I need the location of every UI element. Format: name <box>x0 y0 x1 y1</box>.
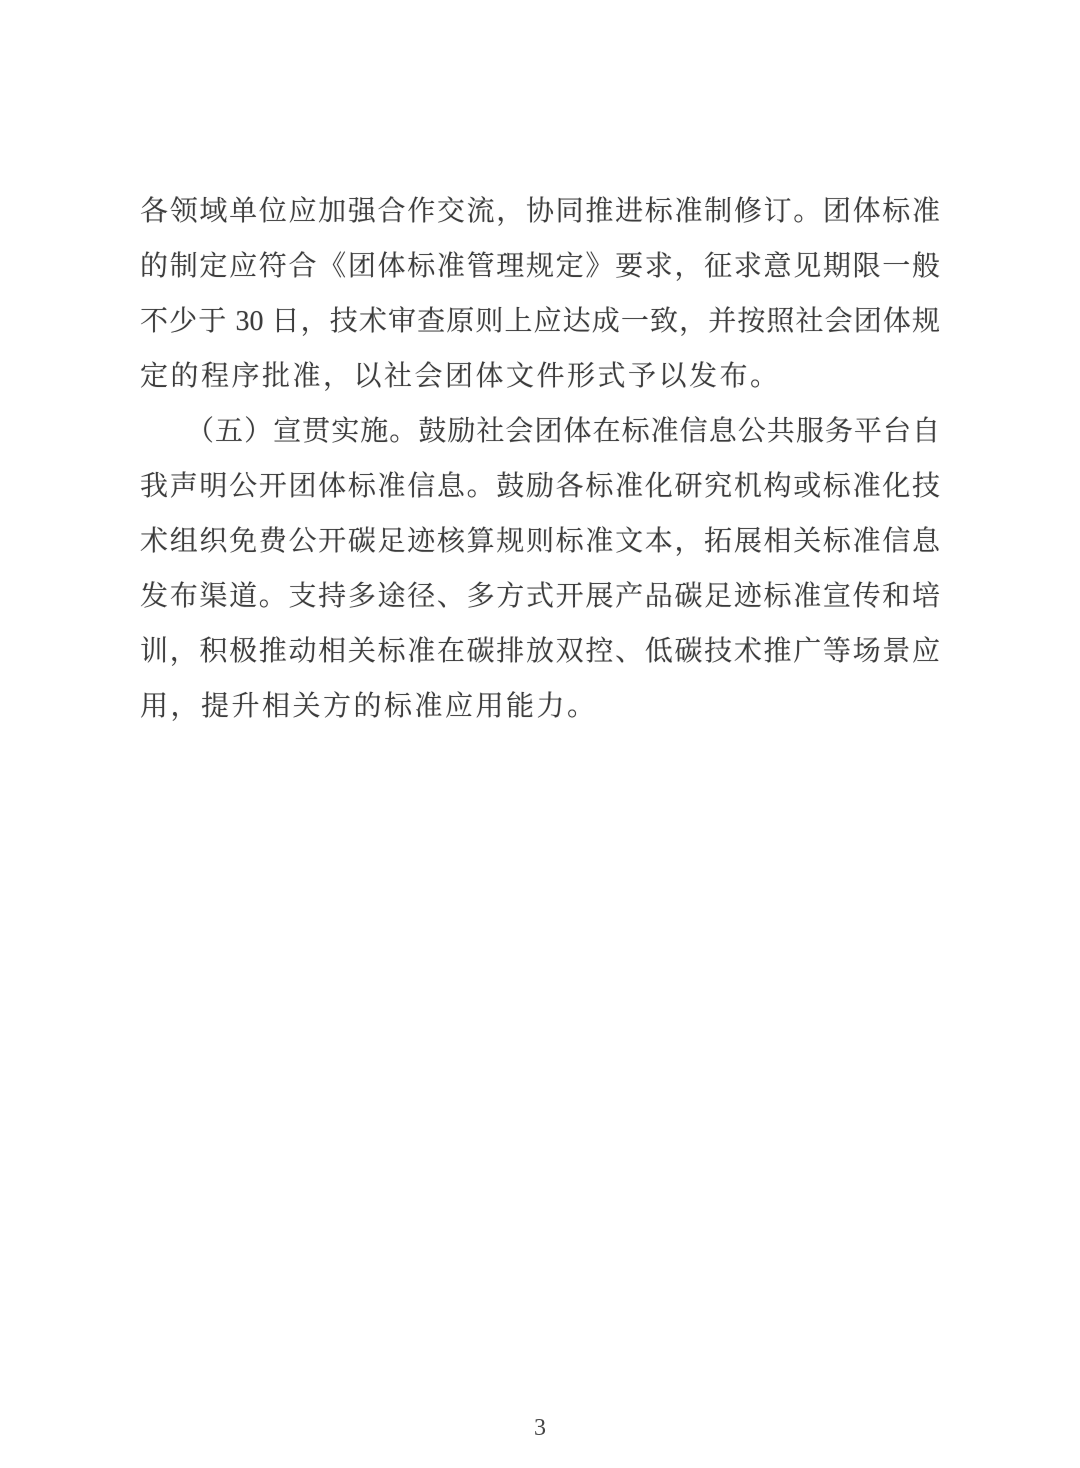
text-line: 用，提升相关方的标准应用能力。 <box>140 679 940 734</box>
text-line: 训，积极推动相关标准在碳排放双控、低碳技术推广等场景应 <box>140 624 940 679</box>
text-line: 术组织免费公开碳足迹核算规则标准文本，拓展相关标准信息 <box>140 514 940 569</box>
text-line: 定的程序批准，以社会团体文件形式予以发布。 <box>140 349 940 404</box>
text-line: 我声明公开团体标准信息。鼓励各标准化研究机构或标准化技 <box>140 459 940 514</box>
document-body-text: 各领域单位应加强合作交流，协同推进标准制修订。团体标准 的制定应符合《团体标准管… <box>140 184 940 734</box>
text-line: 的制定应符合《团体标准管理规定》要求，征求意见期限一般 <box>140 239 940 294</box>
text-line-paragraph-start: （五）宣贯实施。鼓励社会团体在标准信息公共服务平台自 <box>140 404 940 459</box>
text-line: 各领域单位应加强合作交流，协同推进标准制修订。团体标准 <box>140 184 940 239</box>
text-line: 发布渠道。支持多途径、多方式开展产品碳足迹标准宣传和培 <box>140 569 940 624</box>
page-number: 3 <box>0 1415 1080 1442</box>
text-line: 不少于 30 日，技术审查原则上应达成一致，并按照社会团体规 <box>140 294 940 349</box>
document-page: 各领域单位应加强合作交流，协同推进标准制修订。团体标准 的制定应符合《团体标准管… <box>0 0 1080 1468</box>
